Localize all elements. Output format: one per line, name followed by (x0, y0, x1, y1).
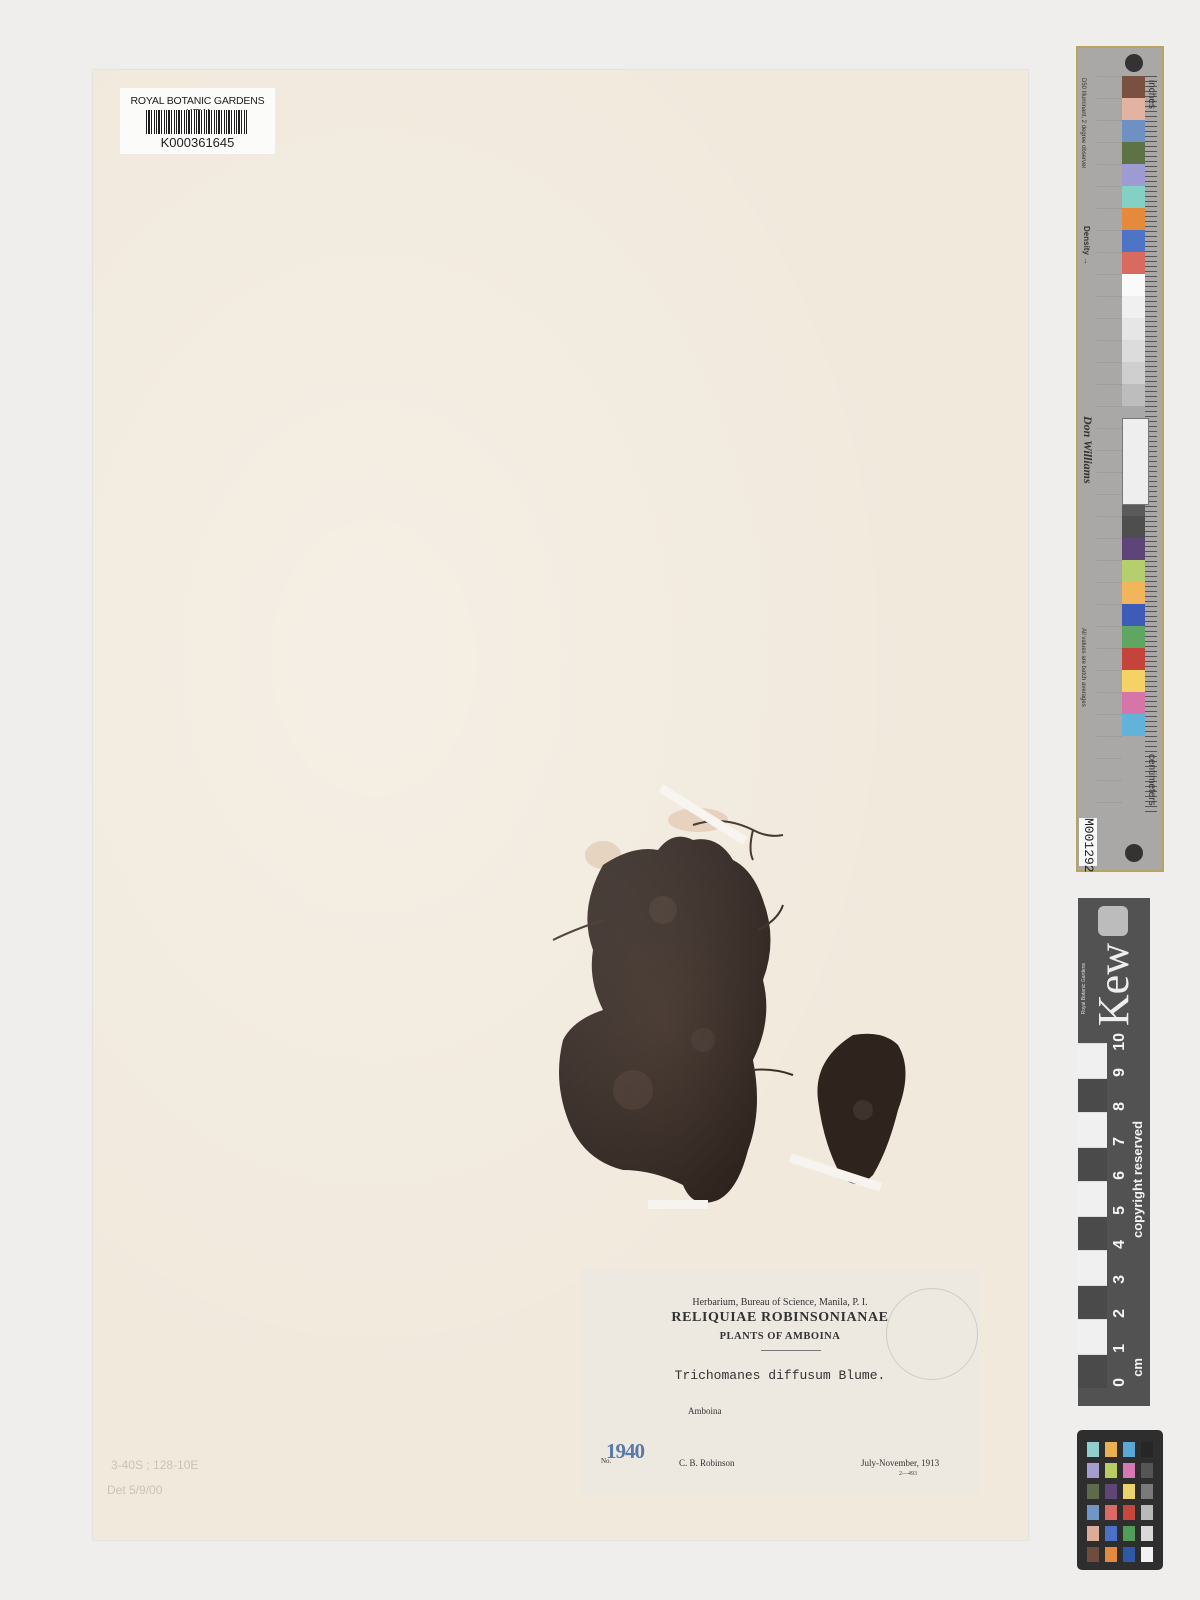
color-swatch (1123, 1463, 1135, 1478)
scale-block (1078, 1285, 1107, 1320)
color-patch (1122, 692, 1145, 714)
series-title: RELIQUIAE ROBINSONIANAE (581, 1310, 979, 1326)
color-patch (1122, 142, 1145, 164)
color-checker (1077, 1430, 1163, 1570)
scale-blocks (1078, 1043, 1107, 1388)
centimeters-label: centimeters (1146, 754, 1157, 806)
color-patch (1122, 560, 1145, 582)
pencil-note-determination: Det 5/9/00 (107, 1483, 162, 1497)
brand-name: Don Williams (1080, 416, 1095, 484)
gray-target-insert (1122, 418, 1149, 505)
color-patch (1122, 604, 1145, 626)
color-patch (1122, 384, 1145, 406)
color-swatch (1087, 1505, 1099, 1520)
barcode-label: ROYAL BOTANIC GARDENS KEW K000361645 (120, 88, 275, 154)
scale-block (1078, 1181, 1107, 1216)
scale-block (1078, 1147, 1107, 1182)
color-swatch (1105, 1547, 1117, 1562)
collector: C. B. Robinson (679, 1458, 735, 1468)
color-swatch (1087, 1484, 1099, 1499)
specimen-plant (543, 790, 933, 1230)
taxon-name: Trichomanes diffusum Blume. (581, 1368, 979, 1383)
specimen-label: Herbarium, Bureau of Science, Manila, P.… (581, 1268, 979, 1495)
color-patch (1122, 252, 1145, 274)
color-patch (1122, 538, 1145, 560)
color-patch (1122, 670, 1145, 692)
color-swatch (1087, 1547, 1099, 1562)
kew-subtitle: Royal Botanic Gardens (1081, 963, 1087, 1014)
color-swatch (1105, 1505, 1117, 1520)
color-patch (1122, 208, 1145, 230)
color-swatch (1105, 1526, 1117, 1541)
illuminant-note: D50 Illuminant, 2 degree observer (1080, 78, 1086, 168)
scale-block (1078, 1216, 1107, 1251)
density-label: Density → (1082, 226, 1091, 265)
copyright-text: copyright reserved (1130, 1048, 1145, 1238)
registration-dot (1125, 54, 1143, 72)
scale-number: 3 (1111, 1275, 1133, 1284)
number-prefix: No. (601, 1457, 611, 1465)
color-patch (1122, 582, 1145, 604)
registration-dot (1125, 844, 1143, 862)
herbarium-sheet: ROYAL BOTANIC GARDENS KEW K000361645 Her… (93, 70, 1028, 1540)
color-swatch (1141, 1442, 1153, 1457)
collection-date: July-November, 1913 (861, 1458, 939, 1468)
color-swatch (1123, 1442, 1135, 1457)
color-patches (1122, 76, 1145, 736)
color-swatch (1105, 1484, 1117, 1499)
sub-number: 2—493 (899, 1471, 917, 1477)
scale-block (1078, 1043, 1107, 1078)
scale-block (1078, 1319, 1107, 1354)
mounting-strip (648, 1200, 708, 1209)
divider (761, 1350, 821, 1351)
locality: Amboina (688, 1406, 722, 1416)
kew-logo: Kew (1092, 943, 1136, 1026)
color-swatch (1123, 1526, 1135, 1541)
color-swatch (1123, 1505, 1135, 1520)
color-swatch (1123, 1547, 1135, 1562)
color-swatch (1123, 1484, 1135, 1499)
scale-number: 0 (1111, 1378, 1133, 1387)
collection-number: 1940 (606, 1439, 644, 1464)
scale-number: 2 (1111, 1309, 1133, 1318)
color-swatch (1087, 1526, 1099, 1541)
color-patch (1122, 296, 1145, 318)
color-patch (1122, 120, 1145, 142)
color-patch (1122, 714, 1145, 736)
scale-block (1078, 1112, 1107, 1147)
color-patch (1122, 362, 1145, 384)
barcode-icon (146, 110, 248, 134)
barcode-number: K000361645 (120, 135, 275, 150)
color-patch (1122, 340, 1145, 362)
color-swatch (1105, 1442, 1117, 1457)
color-patch (1122, 516, 1145, 538)
unit-label: cm (1130, 1358, 1145, 1377)
kew-scale-bar: Royal Botanic Gardens Kew 012345678910 c… (1078, 898, 1150, 1406)
scale-block (1078, 1250, 1107, 1285)
color-swatch (1105, 1463, 1117, 1478)
color-patch (1122, 648, 1145, 670)
color-patch (1122, 318, 1145, 340)
scale-block (1078, 1354, 1107, 1389)
color-swatch (1087, 1442, 1099, 1457)
color-swatch (1141, 1547, 1153, 1562)
density-value-grid (1097, 76, 1122, 816)
color-swatch (1141, 1505, 1153, 1520)
series-subtitle: PLANTS OF AMBOINA (581, 1331, 979, 1342)
color-swatch (1141, 1526, 1153, 1541)
color-reference-bar: D50 Illuminant, 2 degree observer Densit… (1076, 46, 1164, 872)
scale-block (1078, 1078, 1107, 1113)
color-swatch (1087, 1463, 1099, 1478)
color-patch (1122, 186, 1145, 208)
color-patch (1122, 230, 1145, 252)
values-note: All values are batch averages (1080, 628, 1086, 707)
color-swatch (1141, 1484, 1153, 1499)
color-patch (1122, 76, 1145, 98)
inches-label: inches (1146, 80, 1157, 109)
scale-number: 1 (1111, 1344, 1133, 1353)
herbarium-name: Herbarium, Bureau of Science, Manila, P.… (581, 1297, 979, 1308)
pencil-note-coordinates: 3-40S ; 128-10E (111, 1458, 198, 1472)
color-patch (1122, 164, 1145, 186)
bar-id: M001292 (1079, 818, 1097, 866)
scale-number: 4 (1111, 1240, 1133, 1249)
color-patch (1122, 98, 1145, 120)
color-patch (1122, 626, 1145, 648)
color-swatch (1141, 1463, 1153, 1478)
color-patch (1122, 274, 1145, 296)
crest-icon (1098, 906, 1128, 936)
